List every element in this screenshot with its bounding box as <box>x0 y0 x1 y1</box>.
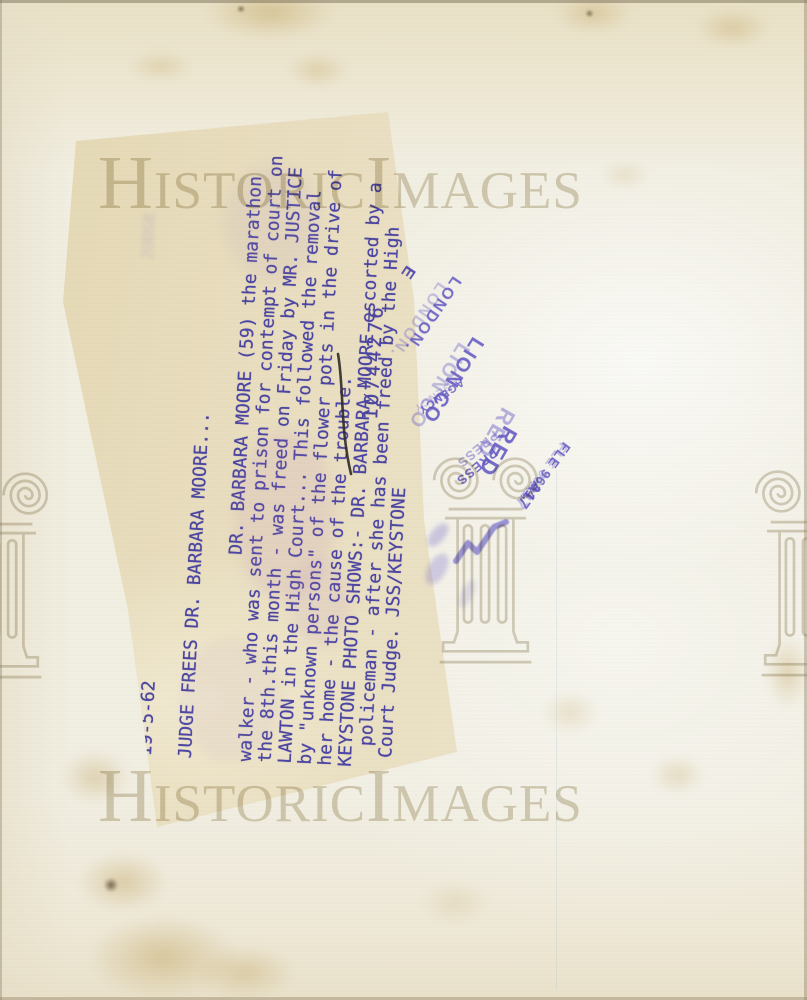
photo-back-scan: 19-5-62 JUDGE FREES DR. BARBARA MOORE...… <box>0 0 807 1000</box>
paper-grain-texture <box>0 0 807 1000</box>
